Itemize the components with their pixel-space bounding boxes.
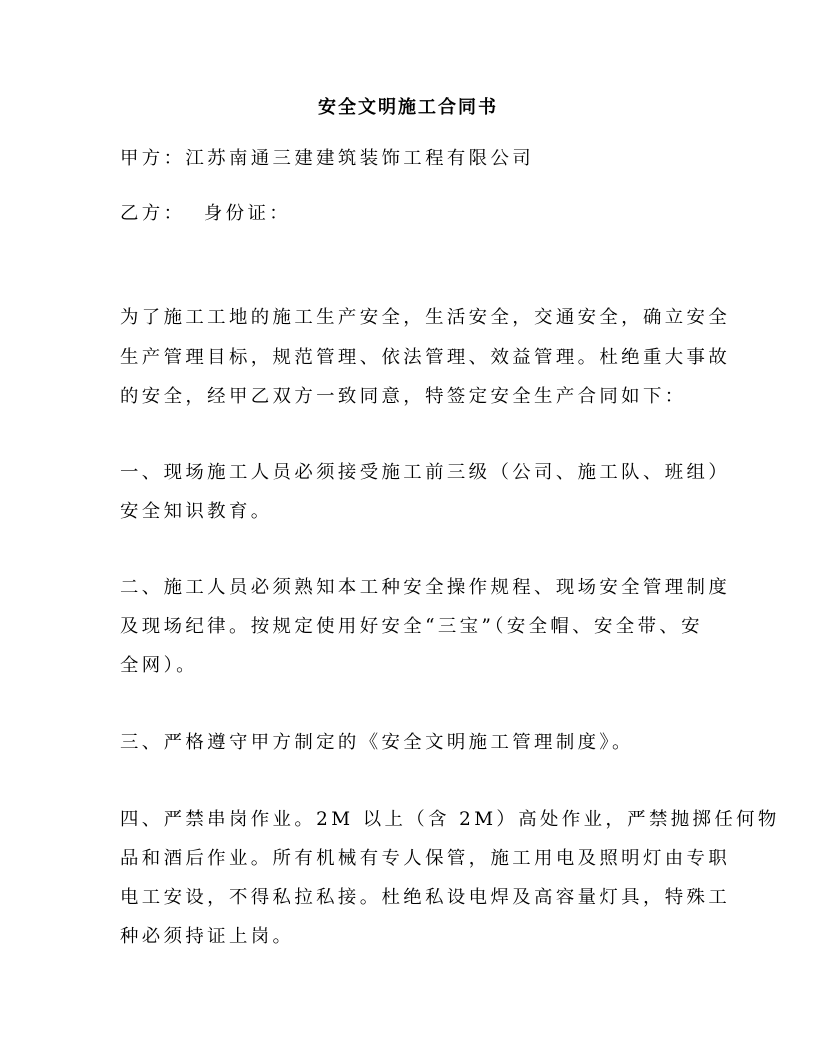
clause4-line-2: 品和酒后作业。所有机械有专人保管，施工用电及照明灯由专职 — [120, 847, 700, 871]
document-title: 安全文明施工合同书 — [0, 96, 816, 120]
clause3-line-1: 三、严格遵守甲方制定的《安全文明施工管理制度》。 — [120, 731, 700, 755]
clause4-line-3: 电工安设，不得私拉私接。杜绝私设电焊及高容量灯具，特殊工 — [120, 886, 700, 910]
clause1-line-1: 一、现场施工人员必须接受施工前三级（公司、施工队、班组） — [120, 461, 700, 485]
clause1-line-2: 安全知识教育。 — [120, 500, 700, 524]
clause4-line-1: 四、严禁串岗作业。2M 以上（含 2M）高处作业，严禁抛掷任何物 — [120, 808, 700, 832]
party-b-line: 乙方： 身份证： — [120, 202, 700, 226]
intro-line-2: 生产管理目标，规范管理、依法管理、效益管理。杜绝重大事故 — [120, 346, 700, 370]
intro-line-3: 的安全，经甲乙双方一致同意，特签定安全生产合同如下： — [120, 385, 700, 409]
document-page: 安全文明施工合同书 甲方：江苏南通三建建筑装饰工程有限公司 乙方： 身份证： 为… — [0, 0, 816, 1056]
clause4-line-4: 种必须持证上岗。 — [120, 925, 700, 949]
party-a-line: 甲方：江苏南通三建建筑装饰工程有限公司 — [120, 147, 700, 171]
clause2-line-2: 及现场纪律。按规定使用好安全“三宝”（安全帽、安全带、安 — [120, 615, 700, 639]
clause2-line-1: 二、施工人员必须熟知本工种安全操作规程、现场安全管理制度 — [120, 576, 700, 600]
intro-line-1: 为了施工工地的施工生产安全，生活安全，交通安全，确立安全 — [120, 306, 700, 330]
clause2-line-3: 全网）。 — [120, 654, 700, 678]
